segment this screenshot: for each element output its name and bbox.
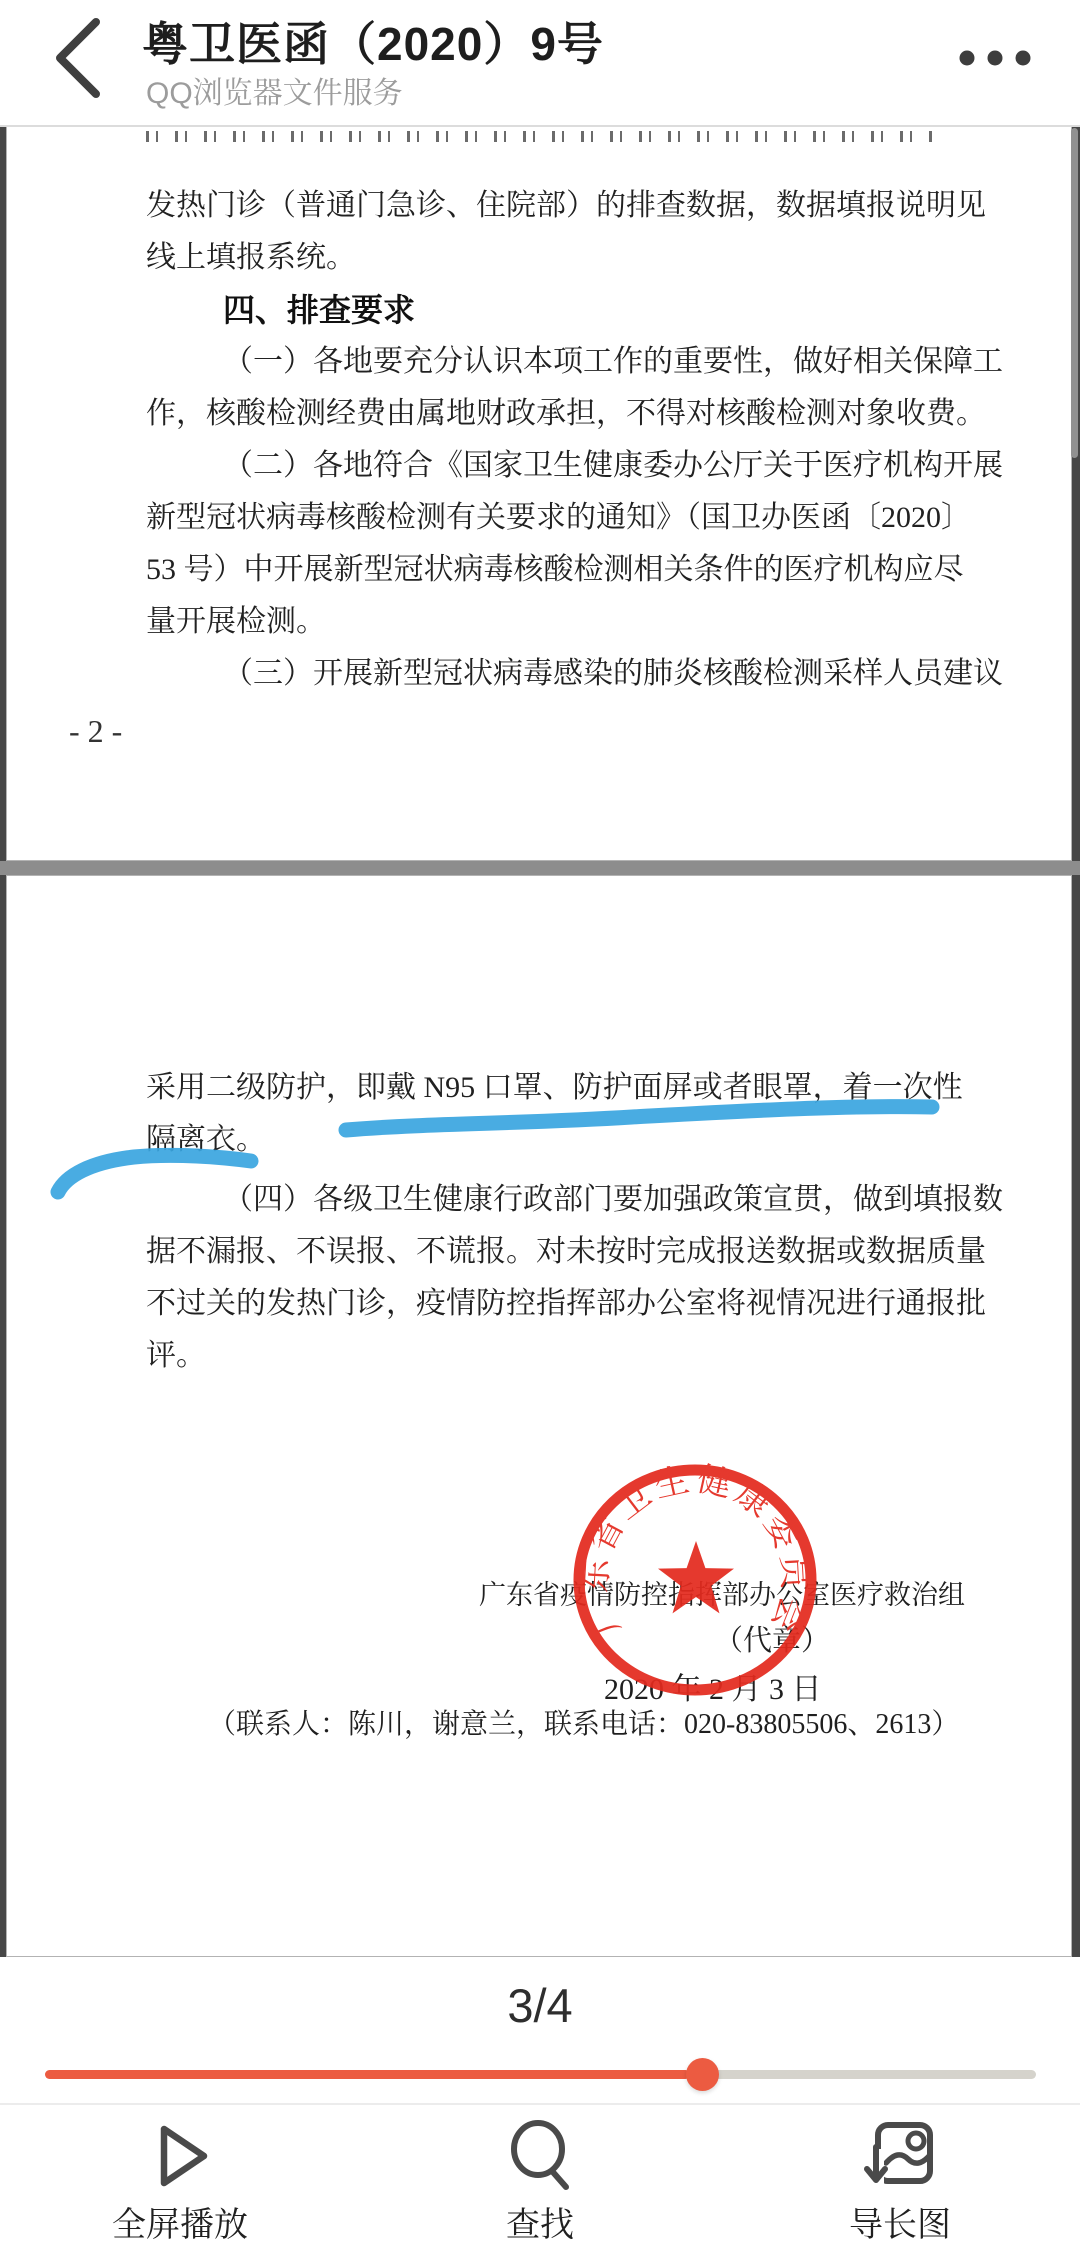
- signature-note: （代章）: [714, 1618, 830, 1659]
- play-outline-icon: [142, 2113, 218, 2199]
- chevron-left-icon: [44, 8, 124, 108]
- toolbar-label: 导长图: [780, 2197, 1020, 2246]
- doc-line: 采用二级防护，即戴 N95 口罩、防护面屏或者眼罩，着一次性: [146, 1071, 963, 1105]
- doc-line: 发热门诊（普通门急诊、住院部）的排查数据，数据填报说明见: [146, 189, 986, 223]
- pdf-page-3: 采用二级防护，即戴 N95 口罩、防护面屏或者眼罩，着一次性 隔离衣。 （四）各…: [6, 875, 1072, 1957]
- doc-line: 量开展检测。: [146, 605, 326, 639]
- page-separator: [0, 861, 1080, 875]
- app-screen: 粤卫医函（2020）9号 QQ浏览器文件服务 发热门诊（普通门急诊、住院部）的排…: [0, 0, 1080, 2248]
- document-source: QQ浏览器文件服务: [146, 68, 403, 112]
- back-button[interactable]: [44, 8, 124, 108]
- document-title: 粤卫医函（2020）9号: [142, 8, 604, 74]
- slider-track-rest[interactable]: [690, 2070, 1036, 2079]
- page-slider[interactable]: [0, 2052, 1080, 2096]
- toolbar-label: 查找: [420, 2197, 660, 2246]
- toolbar-label: 全屏播放: [60, 2197, 300, 2246]
- document-viewport[interactable]: 发热门诊（普通门急诊、住院部）的排查数据，数据填报说明见 线上填报系统。 四、排…: [0, 126, 1080, 1957]
- doc-line: 评。: [146, 1339, 206, 1373]
- scrollbar[interactable]: [1071, 128, 1078, 458]
- more-menu-button[interactable]: [940, 30, 1050, 90]
- doc-line: 作，核酸检测经费由属地财政承担，不得对核酸检测对象收费。: [146, 397, 986, 431]
- slider-track-filled[interactable]: [45, 2070, 690, 2079]
- header-bar: 粤卫医函（2020）9号 QQ浏览器文件服务: [0, 0, 1080, 127]
- doc-line: 据不漏报、不误报、不谎报。对未按时完成报送数据或数据质量: [146, 1235, 986, 1269]
- page-indicator: 3/4: [0, 1978, 1080, 2033]
- doc-heading: 四、排查要求: [223, 293, 415, 327]
- doc-line: 不过关的发热门诊，疫情防控指挥部办公室将视情况进行通报批: [146, 1287, 986, 1321]
- signature-org: 广东省疫情防控指挥部办公室医疗救治组: [479, 1573, 965, 1612]
- doc-line: （二）各地符合《国家卫生健康委办公厅关于医疗机构开展: [223, 449, 1003, 483]
- find-button[interactable]: 查找: [420, 2105, 660, 2248]
- search-icon: [502, 2113, 578, 2199]
- page-number-footer: - 2 -: [69, 713, 122, 750]
- contact-info: （联系人：陈川，谢意兰，联系电话：020-83805506、2613）: [208, 1702, 959, 1742]
- doc-line: （四）各级卫生健康行政部门要加强政策宣贯，做到填报数: [223, 1183, 1003, 1217]
- doc-line: 线上填报系统。: [146, 241, 356, 275]
- toolbar: 全屏播放 查找 导长图: [0, 2103, 1080, 2248]
- export-long-image-icon: [860, 2113, 940, 2199]
- doc-line: 53 号）中开展新型冠状病毒核酸检测相关条件的医疗机构应尽: [146, 553, 964, 587]
- doc-line: （一）各地要充分认识本项工作的重要性，做好相关保障工: [223, 345, 1003, 379]
- export-long-image-button[interactable]: 导长图: [780, 2105, 1020, 2248]
- slider-thumb[interactable]: [686, 2058, 719, 2091]
- fullscreen-play-button[interactable]: 全屏播放: [60, 2105, 300, 2248]
- doc-line: （三）开展新型冠状病毒感染的肺炎核酸检测采样人员建议: [223, 657, 1003, 691]
- clipped-text-row: [146, 131, 938, 142]
- pdf-page-2: 发热门诊（普通门急诊、住院部）的排查数据，数据填报说明见 线上填报系统。 四、排…: [6, 126, 1072, 861]
- doc-line: 新型冠状病毒核酸检测有关要求的通知》（国卫办医函〔2020〕: [146, 501, 971, 535]
- three-dots-icon: [940, 30, 1050, 90]
- bottom-panel: 3/4 全屏播放 查找: [0, 1957, 1080, 2248]
- doc-line: 隔离衣。: [146, 1123, 266, 1157]
